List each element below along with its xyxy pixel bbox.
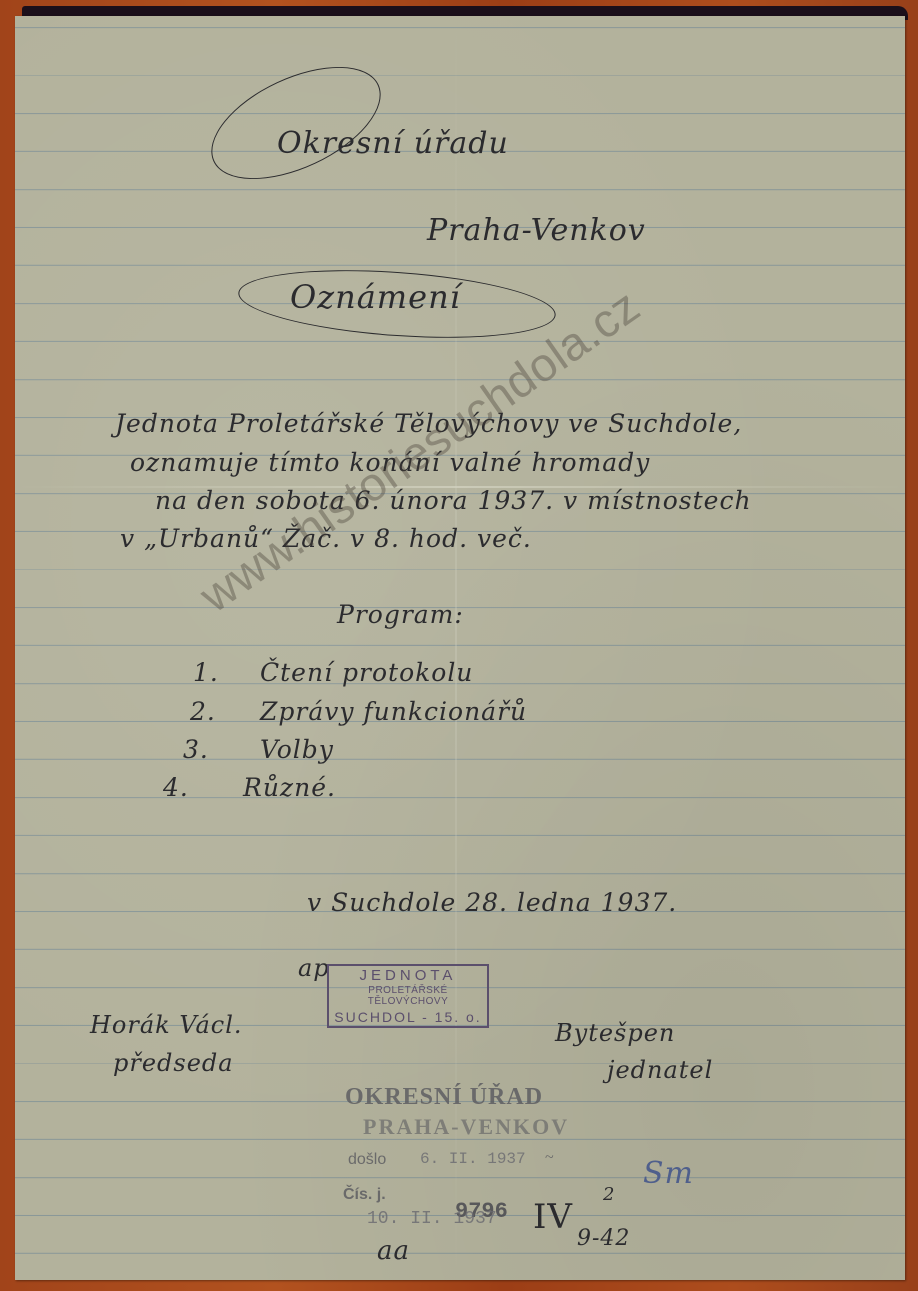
office-stamp-line2: PRAHA-VENKOV (363, 1114, 569, 1140)
annotation-roman: IV (533, 1197, 573, 1237)
office-stamp-received-label: došlo (348, 1151, 386, 1169)
body-line3: na den sobota 6. února 1937. v místnoste… (155, 486, 752, 515)
program-item-num: 1. (193, 658, 219, 687)
program-item-num: 4. (163, 773, 189, 802)
document-title: Oznámení (290, 278, 461, 316)
club-stamp-line1: JEDNOTA (329, 967, 487, 984)
addressee-line2: Praha-Venkov (427, 213, 646, 248)
signature-right-name: Bytešpen (555, 1019, 675, 1047)
club-stamp-line3: SUCHDOL - 15. o. (329, 1009, 487, 1025)
addressee-line1: Okresní úřadu (277, 126, 509, 161)
program-item-text: Volby (260, 735, 334, 764)
annotation-sup: 2 (603, 1184, 615, 1205)
place-date: v Suchdole 28. ledna 1937. (307, 888, 677, 917)
office-stamp-received-date: 6. II. 1937 (420, 1150, 526, 1168)
signature-left-name: Horák Václ. (90, 1011, 243, 1039)
flourish-o-icon (195, 44, 398, 202)
signature-right-role: jednatel (607, 1056, 713, 1084)
stamp-initials: ap (298, 954, 330, 982)
document-page: Okresní úřadu Praha-Venkov Oznámení Jedn… (15, 16, 905, 1280)
program-item-text: Čtení protokolu (260, 658, 473, 687)
annotation-bottom-left: aa (377, 1236, 410, 1266)
program-heading: Program: (337, 600, 464, 629)
office-stamp-line1: OKRESNÍ ÚŘAD (345, 1084, 543, 1111)
program-item-num: 3. (183, 735, 209, 764)
program-item-num: 2. (190, 697, 216, 726)
annotation-sub: 9-42 (577, 1226, 630, 1251)
blue-pencil-initials: Sm (643, 1156, 694, 1191)
stamp-ornament-icon: ~ (545, 1149, 554, 1167)
club-stamp-line2: PROLETÁŘSKÉ TĚLOVÝCHOVY (329, 985, 487, 1007)
office-stamp-ref-label: Čís. j. (343, 1186, 386, 1204)
program-item-text: Různé. (243, 773, 336, 802)
signature-left-role: předseda (113, 1049, 234, 1077)
club-stamp: JEDNOTA PROLETÁŘSKÉ TĚLOVÝCHOVY SUCHDOL … (327, 964, 489, 1028)
program-item-text: Zprávy funkcionářů (260, 697, 527, 726)
office-stamp-date: 10. II. 1937 (367, 1209, 497, 1229)
